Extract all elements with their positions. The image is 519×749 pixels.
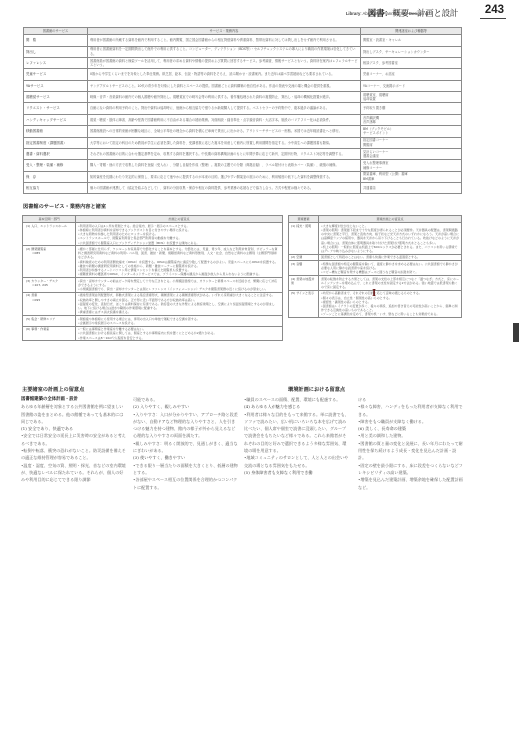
table-row: (1) 採光・照明•大きな輝度対比が生じないこと。•書架の照明：書架最下段まで十… (289, 223, 462, 255)
section-heading: 図書館建築の全体計画・設計 (21, 396, 127, 403)
space-name: (1) 入口、エントランスホール (26, 224, 73, 228)
body-column-1: 図書館建築の全体計画・設計 あらゆる年齢層を対象とする公共図書館を例に望ましい図… (21, 396, 127, 484)
note-item: •書架の照明：書架最下段まで十分な照度が得られることが必須要件。天井器具の配置は… (321, 228, 459, 245)
page-reference: ⇨095 (26, 298, 73, 302)
environment-element-cell: (4) 書架の地震対策 (289, 275, 319, 290)
service-name-cell: ハンディキャップサービス (24, 114, 88, 125)
note-item: •細かく部屋に仕切らず、ワンルームを家具等で分節化することを基本とする。分節化に… (78, 247, 280, 260)
notes-cell: •貸出・返却カウンターの前はピーク時を想定して十分な広さをとる。小規模図書館では… (76, 278, 283, 293)
paragraph: •転倒や転落、衝突の恐れがないこと。防災設備を備えその適正な維持管理が容易である… (21, 447, 127, 462)
column-header: 関連諸室および種器等 (361, 28, 462, 35)
column-header: 図書館のサービス (24, 28, 88, 35)
paragraph: •増築を見込んだ建築計画、増築余地を確保した配置計画など。 (358, 476, 464, 491)
page-number: 243 (485, 4, 504, 16)
note-item: •企画展示や常設展示のスペースを設ける。 (78, 321, 280, 325)
body-column-2: 可能である。(2) 入りやすく、親しみやすい•入りやすさ：入口が分かりやすい、ア… (133, 396, 239, 491)
service-content-cell: 視覚・聴覚・肢体に障害、高齢や怪我で図書館利用に不自由がある場合の援助業務。対面… (88, 114, 361, 125)
column-header: 計画上の留意点 (76, 216, 283, 223)
note-item: •公共図書館でも閲覧室入口にブックディテクション装置（BDS）を設置する傾向にあ… (78, 241, 280, 245)
rooms-planning-table: 基本空間・部門 計画上の留意点 (1) 入口、エントランスホール•利用者用の入口… (22, 215, 283, 341)
space-cell: (5) 集会・研修エリア (23, 316, 76, 327)
notes-cell: •閉館後や休館時にも使用する場合には、専用の出入口や単独で運転できる空調を習する… (76, 316, 283, 327)
related-rooms-cell: 視聴覚室、視聴席 返却装置 (361, 92, 462, 103)
rooms-table-caption: 主要諸室の計画上の留意点 (22, 386, 84, 393)
services-table-caption: 図書館のサービス・業務内容と諸室 (23, 203, 106, 210)
environment-planning-table: 環境要素 環境計画上の留意点 (1) 採光・照明•大きな輝度対比が生じないこと。… (288, 215, 462, 318)
subheading: (3) 使いやすく、働きやすい (133, 454, 239, 461)
service-name-cell: 閲 覧 (24, 35, 88, 46)
notes-cell: •幼児から高齢者まで、それぞれの目的に応じて意味の通じるものとする。•個々の表示… (319, 290, 462, 317)
service-name-cell: 指定図書制度（課題図書） (24, 137, 88, 148)
related-rooms-cell: 閲覧室・読書室・キャレル (361, 35, 462, 46)
related-rooms-cell: YAコーナー、交流掲示ボード (361, 80, 462, 91)
service-name-cell: 相互協力 (24, 183, 88, 194)
note-item: •貸出・返却カウンターの前はピーク時を想定して十分な広さをとる。小規模図書館では… (78, 279, 280, 287)
related-rooms-cell: 閉架書庫、利用型（公開）書庫 BM書庫 (361, 171, 462, 182)
service-name-cell: 選書・資料選択 (24, 148, 88, 159)
related-rooms-cell: 音声翻訳機 音声誘導 (361, 114, 462, 125)
related-rooms-cell: 指定図書コーナー 閲覧席 (361, 137, 462, 148)
paragraph: ける (358, 396, 464, 403)
notes-cell: •大きな輝度対比が生じないこと。•書架の照明：書架最下段まで十分な照度が得られる… (319, 223, 462, 255)
paragraph: •利用者は様々な目的をもって来館する。単に読書でも、ソファで読みたい、広い机にい… (244, 411, 350, 455)
environment-element-cell: (3) 音響 (289, 261, 319, 276)
service-content-cell: 大学等において指定の科目のため教員が学生に必須を課した資料を、受講者数に応じた複… (88, 137, 361, 148)
notes-cell: •一般には事務室と作業室を分離する必要はない。•公共図書館における館長室に関して… (76, 326, 283, 341)
related-rooms-cell: 児童コーナー、お話室 (361, 69, 462, 80)
note-item: 書架の転倒を防止する方策としては、書架の支柱の上部を相互につなぐ「頭つなぎ」方式… (321, 277, 459, 290)
paragraph: •用と美の調和した建物。 (358, 432, 464, 439)
paragraph: •地域コミュニティのサロンとして、人と人との出会いや交流の場となる雰囲気をもたせ… (244, 454, 350, 469)
table-row: 閲 覧利用者が図書館の所蔵する資料を館内で利用すること。館内閲覧、国立国会図書館… (24, 35, 462, 46)
service-content-cell: 映像・音声・音楽資料の館内での個人視聴や館外貸出し。視聴覚室での映写会等の利用に… (88, 92, 361, 103)
notes-cell: •通常型書架並列配置形式、移動式書架による集密書庫形式、積層書架による積層書庫形… (76, 292, 283, 315)
table-row: 移動図書館図書館施設への日常的来館が困難な地区に、全域公平奉仕の理念から資料を積… (24, 126, 462, 137)
table-row: ハンディキャップサービス視覚・聴覚・肢体に障害、高齢や怪我で図書館利用に不自由が… (24, 114, 462, 125)
note-item: •作業スペースは8～10m²/人程度を目安とする。 (78, 336, 280, 340)
table-row: (5) 集会・研修エリア•閉館後や休館時にも使用する場合には、専用の出入口や単独… (23, 316, 283, 327)
note-item: •小規模図書館でも、貸出・返却カウンターとは別にレファレンス（インフォメーション… (78, 287, 280, 291)
service-content-cell: 図書館員が図書館の資料と検索ツールを活用して、利用者の求める資料や情報の提供およ… (88, 57, 361, 68)
table-row: (4) 書庫⇨095•通常型書架並列配置形式、移動式書架による集密書庫形式、積層… (23, 292, 283, 315)
service-content-cell: 自館にない資料の利用予約のこと。貸出中資料は返却時に、他館から相互協力で借りるか… (88, 103, 361, 114)
column-header: サービス・業務内容 (88, 28, 361, 35)
page-reference: ⇨107, 245 (26, 283, 73, 287)
space-name: (5) 集会・研修エリア (26, 317, 73, 321)
space-cell: (3) カウンター・デスク⇨107, 245 (23, 278, 76, 293)
space-cell: (6) 事務・作業室 (23, 326, 76, 341)
service-name-cell: 移動図書館 (24, 126, 88, 137)
table-row: 受入・整理・装備・補修購入・寄贈・他の方法で収集した資料を登録（受入れ）、分類し… (24, 160, 462, 171)
subheading: (5) 身体障害者も支障なく利用でき働 (244, 469, 350, 476)
space-name: (6) 事務・作業室 (26, 327, 73, 331)
space-cell: (1) 入口、エントランスホール (23, 223, 76, 246)
table-row: 選書・資料選択それぞれの図書館の目的に合わせ選定基準を定め、収集する資料を選択す… (24, 148, 462, 159)
table-row: 指定図書制度（課題図書）大学等において指定の科目のため教員が学生に必須を課した資… (24, 137, 462, 148)
service-name-cell: 受入・整理・装備・補修 (24, 160, 88, 171)
table-row: 貸出し利用者に図書館資料を一定期間貸出して館外での利用に供すること。コンピュータ… (24, 46, 462, 57)
service-content-cell: 利用者が図書館の所蔵する資料を館内で利用すること。館内閲覧、国立国会図書館からの… (88, 35, 361, 46)
paragraph: •できる限り一層当たりの面積を大きくとり、低層の建物とする。 (133, 462, 239, 477)
text-cursor-icon: I (372, 289, 376, 299)
page-header: Library: Abstract—Planning and Designing… (200, 4, 510, 26)
service-name-cell: 保 存 (24, 171, 88, 182)
paragraph: •各部屋やスペース相互の位置関係を合理的かつコンパクトに配置する。 (133, 476, 239, 491)
note-item: •貴重書庫にはガス消火設備を備える。 (78, 310, 280, 314)
environment-element-cell: (1) 採光・照明 (289, 223, 319, 255)
table-row: 視聴覚サービス映像・音声・音楽資料の館内での個人視聴や館外貸出し。視聴覚室での映… (24, 92, 462, 103)
table-row: (3) カウンター・デスク⇨107, 245•貸出・返却カウンターの前はピーク時… (23, 278, 283, 293)
service-content-cell: 個々の図書館が連携して（協定を結ぶなどして）、資料の分担収集・保存や相互の資料提… (88, 183, 361, 194)
paragraph: •障害をもつ職員が支障なく働ける。 (358, 418, 464, 425)
notes-cell: 書架の転倒を防止する方策としては、書架の支柱の上部を相互につなぐ「頭つなぎ」方式… (319, 275, 462, 290)
service-name-cell: 貸出し (24, 46, 88, 57)
note-item: •ゾーンごとに基調色を定めて、書架や机・いす、壁などに用いることも効果的である。 (321, 312, 459, 316)
related-rooms-cell: 共通書誌 (361, 183, 462, 194)
space-cell: (2) 開架閲覧室⇨085 (23, 246, 76, 278)
note-item: 図書館として特段のことはない。書庫も快適に作業できる温湿度とする。 (321, 255, 459, 259)
table-header-row: 環境要素 環境計画上の留意点 (289, 216, 462, 223)
service-content-cell: ヤングアダルトサービスのこと。10代の青少年を対象にした資料とスペースの提供。図… (88, 80, 361, 91)
table-row: (6) 事務・作業室•一般には事務室と作業室を分離する必要はない。•公共図書館に… (23, 326, 283, 341)
table-row: 相互協力個々の図書館が連携して（協定を結ぶなどして）、資料の分担収集・保存や相互… (24, 183, 462, 194)
space-cell: (4) 書庫⇨095 (23, 292, 76, 315)
japanese-running-title: 図書：概要—計画と設計 (368, 7, 458, 19)
related-rooms-cell: 予約取り置き棚 (361, 103, 462, 114)
service-content-cell: 知的資産を長期にわたり安定的に保管し、要求に応じて速やかに提供するのが本来の目的… (88, 171, 361, 182)
paragraph: •固定の壁を最小限にする、床に段差をつくらないなどフレキシビリティの高い建築。 (358, 462, 464, 477)
table-row: (2) 開架閲覧室⇨085•細かく部屋に仕切らず、ワンルームを家具等で分節化する… (23, 246, 283, 278)
body-column-3: •職員のスペースの面積、配置、環境にも配慮する。(4) あらゆる人が魅力を感じる… (244, 396, 350, 476)
note-item: •温湿度の変化、直射日光、ほこりは資料保存に有害である。熱容量の大きな外壁による… (78, 302, 280, 310)
column-header: 環境要素 (289, 216, 319, 223)
paragraph: 可能である。 (133, 396, 239, 403)
paragraph: •職員のスペースの面積、配置、環境にも配慮する。 (244, 396, 350, 403)
paragraph: あらゆる年齢層を対象とする公共図書館を例に望ましい図書館の姿をまとめる。他の館種… (21, 403, 127, 425)
related-rooms-cell: BM（ブックモビル） サービスポイント (361, 126, 462, 137)
page-number-underline (480, 18, 506, 19)
paragraph: •図書館の質と量の変化と発展に、長い年月にわたって耐用性を保ち続けるよう成長・変… (358, 440, 464, 462)
table-row: レファレンス図書館員が図書館の資料と検索ツールを活用して、利用者の求める資料や情… (24, 57, 462, 68)
table-row: 児童サービス0歳から中学生くらいまでを対象とした奉仕業務。紙芝居、絵本、伝説・物… (24, 69, 462, 80)
environment-table-caption: 環境計画における留意点 (288, 386, 345, 393)
related-rooms-cell: 受入れ整理事務室 補修コーナー (361, 160, 462, 171)
table-row: 保 存知的資産を長期にわたり安定的に保管し、要求に応じて速やかに提供するのが本来… (24, 171, 462, 182)
related-rooms-cell: 相談デスク、参考図書室 (361, 57, 462, 68)
paragraph: •入りやすさ：入口が分かりやすい、アプローチ路と段差がない、自動ドアなど物理的な… (133, 411, 239, 440)
body-column-4: ける•様々な障害、ハンディをもった利用者が支障なく利用できる。•障害をもつ職員が… (358, 396, 464, 491)
service-name-cell: 児童サービス (24, 69, 88, 80)
paragraph: •安全では日常安全の延長上に災害時の安全があると考えるべきである。 (21, 432, 127, 447)
table-row: リクエスト・サービス自館にない資料の利用予約のこと。貸出中資料は返却時に、他館か… (24, 103, 462, 114)
note-item: •コピー機など騒音を発する機器はブースに囲うなど騒音の拡散を防ぐ。 (321, 270, 459, 274)
note-item: •視聴覚資料の鑑賞席やOPAC、インターネットサービスでは、プライバシー保護の観… (78, 272, 280, 276)
service-name-cell: 視聴覚サービス (24, 92, 88, 103)
note-item: •通常型書架並列配置形式、移動式書架による集密書庫形式、積層書架による積層書庫形… (78, 293, 280, 297)
table-row: (1) 入口、エントランスホール•利用者用の入口は1ヶ所を原則とする。総合案内、… (23, 223, 283, 246)
subheading: (2) 入りやすく、親しみやすい (133, 403, 239, 410)
table-row: (3) 音響•特殊な図書館や特定の閲覧室を除いて、過度に静かさを求める必要はない… (289, 261, 462, 276)
paragraph: •親しみやすさ：明るく開放的で、見通しがきく、適当なにぎわいがある。 (133, 440, 239, 455)
service-name-cell: リクエスト・サービス (24, 103, 88, 114)
service-content-cell: それぞれの図書館の目的に合わせ選定基準を定め、収集する資料を選択する。中長期の資… (88, 148, 361, 159)
related-rooms-cell: 貸出しデスク、サーキュレーションカウンター (361, 46, 462, 57)
notes-cell: •細かく部屋に仕切らず、ワンルームを家具等で分節化することを基本とする。分節化に… (76, 246, 283, 278)
table-row: YAサービスヤングアダルトサービスのこと。10代の青少年を対象にした資料とスペー… (24, 80, 462, 91)
service-content-cell: 図書館施設への日常的来館が困難な地区に、全域公平奉仕の理念から資料を積んだ車両で… (88, 126, 361, 137)
service-content-cell: 購入・寄贈・他の方法で収集した資料を登録（受入れ）、分類し目録を作成（整理）。複… (88, 160, 361, 171)
related-rooms-cell: 見計らいコーナー 選書会議室 (361, 148, 462, 159)
notes-cell: •特殊な図書館や特定の閲覧室を除いて、過度に静かさを求める必要はない。公共図書館… (319, 261, 462, 276)
subheading: (1) 安全であり、快適である (21, 425, 127, 432)
paragraph: •様々な障害、ハンディをもった利用者が支障なく利用できる。 (358, 403, 464, 418)
subheading: (6) 美しく、長寿命の建築 (358, 425, 464, 432)
service-name-cell: YAサービス (24, 80, 88, 91)
service-content-cell: 利用者に図書館資料を一定期間貸出して館外での利用に供すること。コンピューター、デ… (88, 46, 361, 57)
services-table: 図書館のサービス サービス・業務内容 関連諸室および種器等 閲 覧利用者が図書館… (23, 27, 462, 194)
environment-element-cell: (5) サインと表示 (289, 290, 319, 317)
table-header-row: 基本空間・部門 計画上の留意点 (23, 216, 283, 223)
note-item: •机上の照明：一般的に照度は机面上で600ルックスが必要とされる。また、パソコン… (321, 245, 459, 253)
column-header: 基本空間・部門 (23, 216, 76, 223)
subheading: (4) あらゆる人が魅力を感じる (244, 403, 350, 410)
note-item: •特殊な図書館や特定の閲覧室を除いて、過度に静かさを求める必要はない。公共図書館… (321, 262, 459, 270)
service-name-cell: レファレンス (24, 57, 88, 68)
service-content-cell: 0歳から中学生くらいまでを対象とした奉仕業務。紙芝居、絵本、伝説・物語等の資料を… (88, 69, 361, 80)
column-header: 環境計画上の留意点 (319, 216, 462, 223)
page-reference: ⇨085 (26, 251, 73, 255)
table-header-row: 図書館のサービス サービス・業務内容 関連諸室および種器等 (24, 28, 462, 35)
chapter-index-tab (513, 323, 519, 342)
paragraph: •温度・湿度、空気の質、照明・採光、音などの室内環境が、快適なレベルに保たれてい… (21, 462, 127, 484)
notes-cell: •利用者用の入口は1ヶ所を原則とする。総合案内、展示・掲示のスペースとする。•休… (76, 223, 283, 246)
